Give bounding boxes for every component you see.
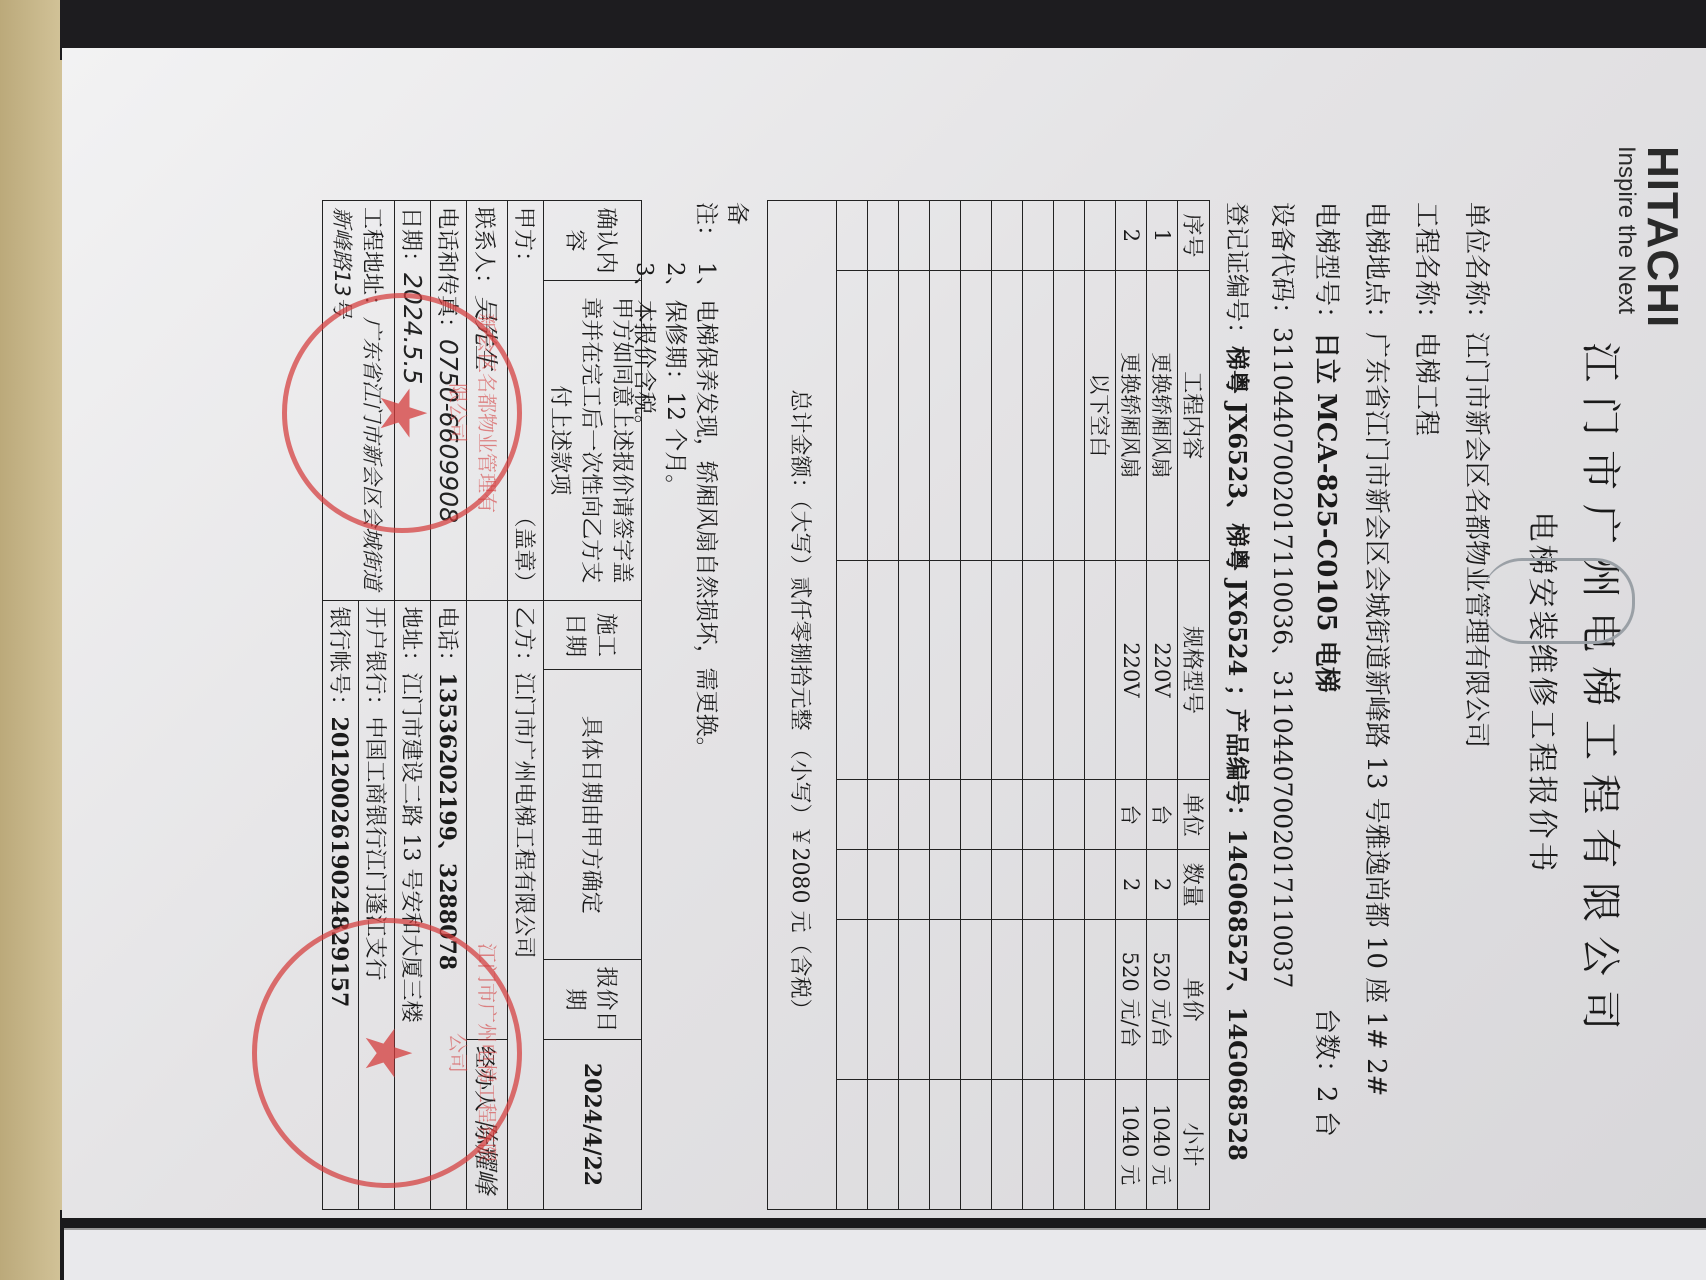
row-unit-price	[1023, 920, 1054, 1080]
header-content: 工程内容	[1178, 270, 1210, 560]
row-unit-price	[992, 920, 1023, 1080]
row-content	[961, 270, 992, 560]
row-index	[1054, 201, 1085, 271]
row-content	[992, 270, 1023, 560]
row-subtotal: 1040 元	[1147, 1080, 1178, 1210]
party-row: 甲方： （盖章） 乙方：江门市广州电梯工程有限公司	[508, 201, 544, 1210]
work-date-value: 具体日期由甲方确定	[544, 670, 642, 960]
location-line: 电梯地点：广东省江门市新会区会城街道新峰路 13 号雅逸尚都 10 座 1# 2…	[1360, 202, 1397, 1096]
table-row	[1023, 201, 1054, 1210]
row-unit-price	[868, 920, 899, 1080]
party-b-address: 地址：江门市建设二路 13 号安和大厦三楼	[395, 600, 431, 1210]
row-unit-price	[1054, 920, 1085, 1080]
header-subtotal: 小计	[1178, 1080, 1210, 1210]
row-unit-price	[1085, 920, 1116, 1080]
handwritten-phone: 0750-6609908	[434, 339, 463, 523]
handwritten-date: 2024.5.5	[398, 273, 427, 384]
row-spec	[961, 560, 992, 780]
quote-document: HITACHI Inspire the Next 江门市广州电梯工程有限公司 电…	[212, 118, 1702, 1268]
row-unit-price	[899, 920, 930, 1080]
table-row: 以下空白	[1085, 201, 1116, 1210]
row-spec	[992, 560, 1023, 780]
row-content	[899, 270, 930, 560]
row-content	[837, 270, 868, 560]
row-subtotal	[961, 1080, 992, 1210]
row-subtotal	[930, 1080, 961, 1210]
desk-background	[0, 0, 68, 1280]
row-subtotal: 1040 元	[1116, 1080, 1147, 1210]
row-unit	[1054, 780, 1085, 850]
row-content: 以下空白	[1085, 270, 1116, 560]
row-content	[930, 270, 961, 560]
row-unit: 台	[1147, 780, 1178, 850]
row-index	[1085, 201, 1116, 271]
document-title: 电梯安装维修工程报价书	[1523, 118, 1567, 1268]
registration-line: 登记证编号：梯粤 JX6523、梯粤 JX6524 ；产品编号：14G06852…	[1222, 202, 1257, 1161]
row-spec	[1054, 560, 1085, 780]
row-quantity	[899, 850, 930, 920]
row-subtotal	[899, 1080, 930, 1210]
remarks-label: 备注：	[690, 202, 752, 262]
row-quantity	[1085, 850, 1116, 920]
row-index	[930, 201, 961, 271]
row-spec: 220V	[1116, 560, 1147, 780]
row-unit	[961, 780, 992, 850]
row-index	[992, 201, 1023, 271]
table-row	[930, 201, 961, 1210]
row-unit	[1023, 780, 1054, 850]
row-content: 更换轿厢风扇	[1147, 270, 1178, 560]
row-unit	[930, 780, 961, 850]
row-content: 更换轿厢风扇	[1116, 270, 1147, 560]
row-index: 1	[1147, 201, 1178, 271]
party-a-date: 日期：2024.5.5	[395, 201, 431, 601]
table-row	[961, 201, 992, 1210]
party-b-bank: 开户银行：中国工商银行江门蓬江支行	[359, 600, 395, 1210]
row-index	[868, 201, 899, 271]
row-unit	[837, 780, 868, 850]
row-quantity	[930, 850, 961, 920]
table-row	[899, 201, 930, 1210]
row-quantity	[961, 850, 992, 920]
row-spec	[899, 560, 930, 780]
table-row	[1054, 201, 1085, 1210]
remark-item: 2、保修期：12 个月。	[659, 202, 690, 760]
confirm-row: 确认内容 甲方如同意上述报价请签字盖 章并在完工后一次性向乙方支 付上述款项 施…	[544, 201, 642, 1210]
row-unit-price: 520 元/台	[1147, 920, 1178, 1080]
address-row: 工程地址：广东省江门市新会区会城街道新峰路13号 开户银行：中国工商银行江门蓬江…	[359, 201, 395, 1210]
row-unit-price	[930, 920, 961, 1080]
row-unit: 台	[1116, 780, 1147, 850]
row-spec	[837, 560, 868, 780]
table-row: 1更换轿厢风扇220V台2520 元/台1040 元	[1147, 201, 1178, 1210]
row-content	[868, 270, 899, 560]
row-subtotal	[837, 1080, 868, 1210]
remark-item: 1、电梯保养发现，轿厢风扇自然损坏，需更换。	[693, 262, 719, 760]
party-b-handler: 经办人 陈耀峰	[467, 1039, 508, 1209]
paper-sheet: HITACHI Inspire the Next 江门市广州电梯工程有限公司 电…	[62, 48, 1706, 1218]
row-subtotal	[1023, 1080, 1054, 1210]
row-unit	[868, 780, 899, 850]
row-index	[961, 201, 992, 271]
party-b-account: 银行帐号：2012002619024829157	[323, 600, 359, 1210]
party-b-phone: 电话：13536202199、3288078	[431, 600, 467, 1210]
row-subtotal	[992, 1080, 1023, 1210]
row-quantity	[837, 850, 868, 920]
quote-date-label: 报价日期	[544, 960, 642, 1040]
row-unit	[1085, 780, 1116, 850]
party-b-spacer	[467, 600, 508, 1039]
table-row	[868, 201, 899, 1210]
row-unit-price: 520 元/台	[1116, 920, 1147, 1080]
row-subtotal	[1085, 1080, 1116, 1210]
row-quantity	[1023, 850, 1054, 920]
units-line: 台数：2 台	[1310, 1008, 1347, 1137]
phone-row: 电话和传真：0750-6609908 电话：13536202199、328807…	[431, 201, 467, 1210]
header-quantity: 数量	[1178, 850, 1210, 920]
handwritten-contact: 吴先生	[471, 295, 500, 370]
party-a-address: 工程地址：广东省江门市新会区会城街道新峰路13号	[323, 201, 395, 601]
total-amount: 总计金额：（大写）贰仟零捌拾元整 （小写）￥2080 元（含税）	[768, 201, 837, 1210]
row-unit	[992, 780, 1023, 850]
confirm-label: 确认内容	[544, 201, 642, 281]
row-subtotal	[1054, 1080, 1085, 1210]
row-quantity: 2	[1116, 850, 1147, 920]
row-quantity	[1054, 850, 1085, 920]
company-name: 江门市广州电梯工程有限公司	[1575, 118, 1632, 1268]
row-unit	[899, 780, 930, 850]
header-unit: 单位	[1178, 780, 1210, 850]
party-a-contact: 联系人：吴先生	[467, 201, 508, 601]
row-index	[837, 201, 868, 271]
row-unit-price	[837, 920, 868, 1080]
row-quantity	[992, 850, 1023, 920]
row-unit-price	[961, 920, 992, 1080]
work-date-label: 施工日期	[544, 600, 642, 670]
contact-row: 联系人：吴先生 经办人 陈耀峰	[467, 201, 508, 1210]
row-spec	[868, 560, 899, 780]
total-row: 总计金额：（大写）贰仟零捌拾元整 （小写）￥2080 元（含税）	[768, 201, 837, 1210]
row-spec	[930, 560, 961, 780]
header-spec: 规格型号	[1178, 560, 1210, 780]
table-row	[992, 201, 1023, 1210]
date-row: 日期：2024.5.5 地址：江门市建设二路 13 号安和大厦三楼	[395, 201, 431, 1210]
row-quantity: 2	[1147, 850, 1178, 920]
row-spec	[1023, 560, 1054, 780]
row-quantity	[868, 850, 899, 920]
table-row	[837, 201, 868, 1210]
confirm-text: 甲方如同意上述报价请签字盖 章并在完工后一次性向乙方支 付上述款项	[544, 280, 642, 600]
project-name-line: 工程名称：电梯工程	[1410, 202, 1447, 436]
unit-name-line: 单位名称：江门市新会区名都物业管理有限公司	[1460, 202, 1497, 748]
row-spec	[1085, 560, 1116, 780]
quote-date-value: 2024/4/22	[544, 1039, 642, 1209]
equipment-code-line: 设备代码：31104407002017110036、31104407002017…	[1266, 202, 1302, 988]
table-row: 2更换轿厢风扇220V台2520 元/台1040 元	[1116, 201, 1147, 1210]
row-content	[1023, 270, 1054, 560]
table-header-row: 序号 工程内容 规格型号 单位 数量 单价 小计	[1178, 201, 1210, 1210]
row-content	[1054, 270, 1085, 560]
header-index: 序号	[1178, 201, 1210, 271]
row-index	[1023, 201, 1054, 271]
row-subtotal	[868, 1080, 899, 1210]
row-index: 2	[1116, 201, 1147, 271]
model-line: 电梯型号：日立 MCA-825-C0105 电梯	[1310, 202, 1347, 693]
header-unit-price: 单价	[1178, 920, 1210, 1080]
quote-items-table: 序号 工程内容 规格型号 单位 数量 单价 小计 1更换轿厢风扇220V台252…	[767, 200, 1210, 1210]
party-a-cell: 甲方： （盖章）	[508, 201, 544, 601]
party-b-cell: 乙方：江门市广州电梯工程有限公司	[508, 600, 544, 1210]
row-index	[899, 201, 930, 271]
confirmation-table: 确认内容 甲方如同意上述报价请签字盖 章并在完工后一次性向乙方支 付上述款项 施…	[322, 200, 642, 1210]
row-spec: 220V	[1147, 560, 1178, 780]
remarks: 备注：1、电梯保养发现，轿厢风扇自然损坏，需更换。 2、保修期：12 个月。 3…	[628, 202, 752, 760]
party-a-phone: 电话和传真：0750-6609908	[431, 201, 467, 601]
